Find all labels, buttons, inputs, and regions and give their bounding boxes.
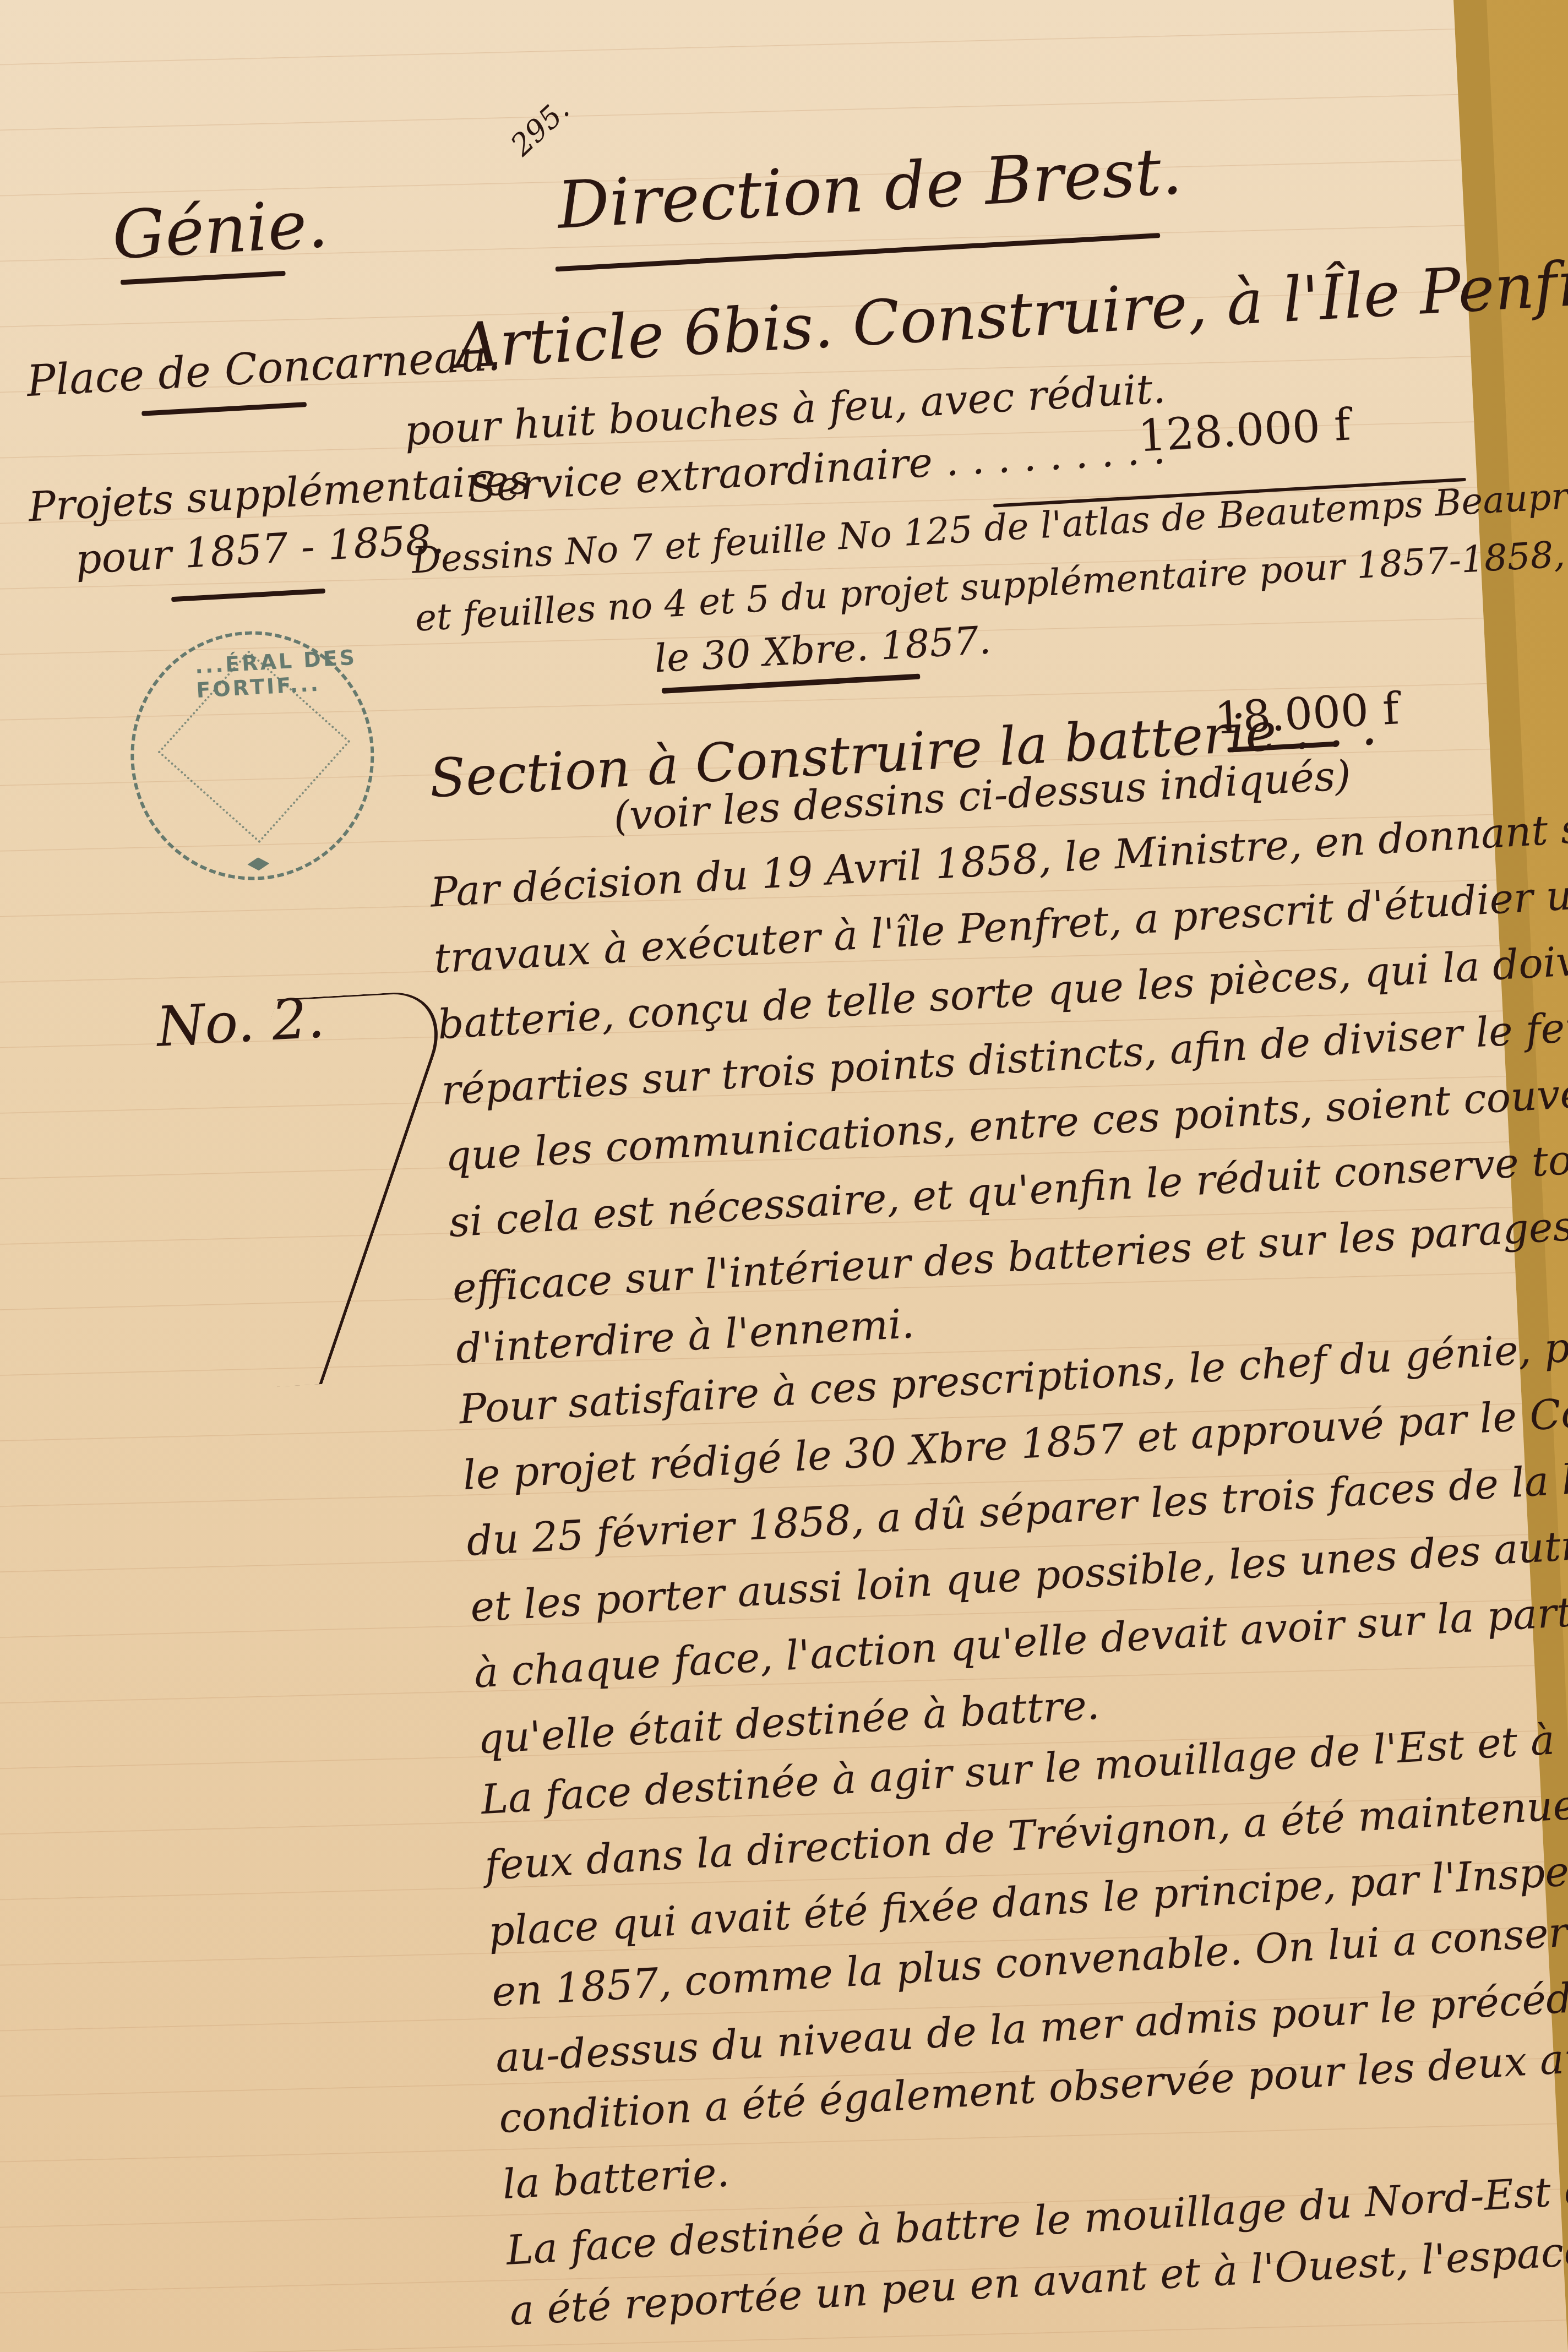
official-stamp: ...ÉRAL DES FORTIF... [124,625,381,887]
service-heading: Génie. [110,186,330,275]
projects-years: pour 1857 - 1858. [74,516,445,584]
manuscript-page: Génie. Place de Concarneau. Projets supp… [0,0,1568,2348]
body-line: la batterie. [502,2148,731,2208]
article-amount: 128.000 f [1137,399,1352,461]
body-line: d'interdire à l'ennemi. [455,1300,916,1373]
underline [556,233,1161,271]
underline [171,589,325,602]
place-heading: Place de Concarneau. [25,330,502,406]
projects-label: Projets supplémentaires [27,456,531,531]
direction-heading: Direction de Brest. [556,133,1184,243]
diamond-icon [247,857,270,871]
underline [141,402,307,416]
folio-number: 295. [504,92,576,162]
section-amount: 18.000 f [1213,683,1401,744]
references-date: le 30 Xbre. 1857. [653,617,992,681]
underline [121,271,286,285]
